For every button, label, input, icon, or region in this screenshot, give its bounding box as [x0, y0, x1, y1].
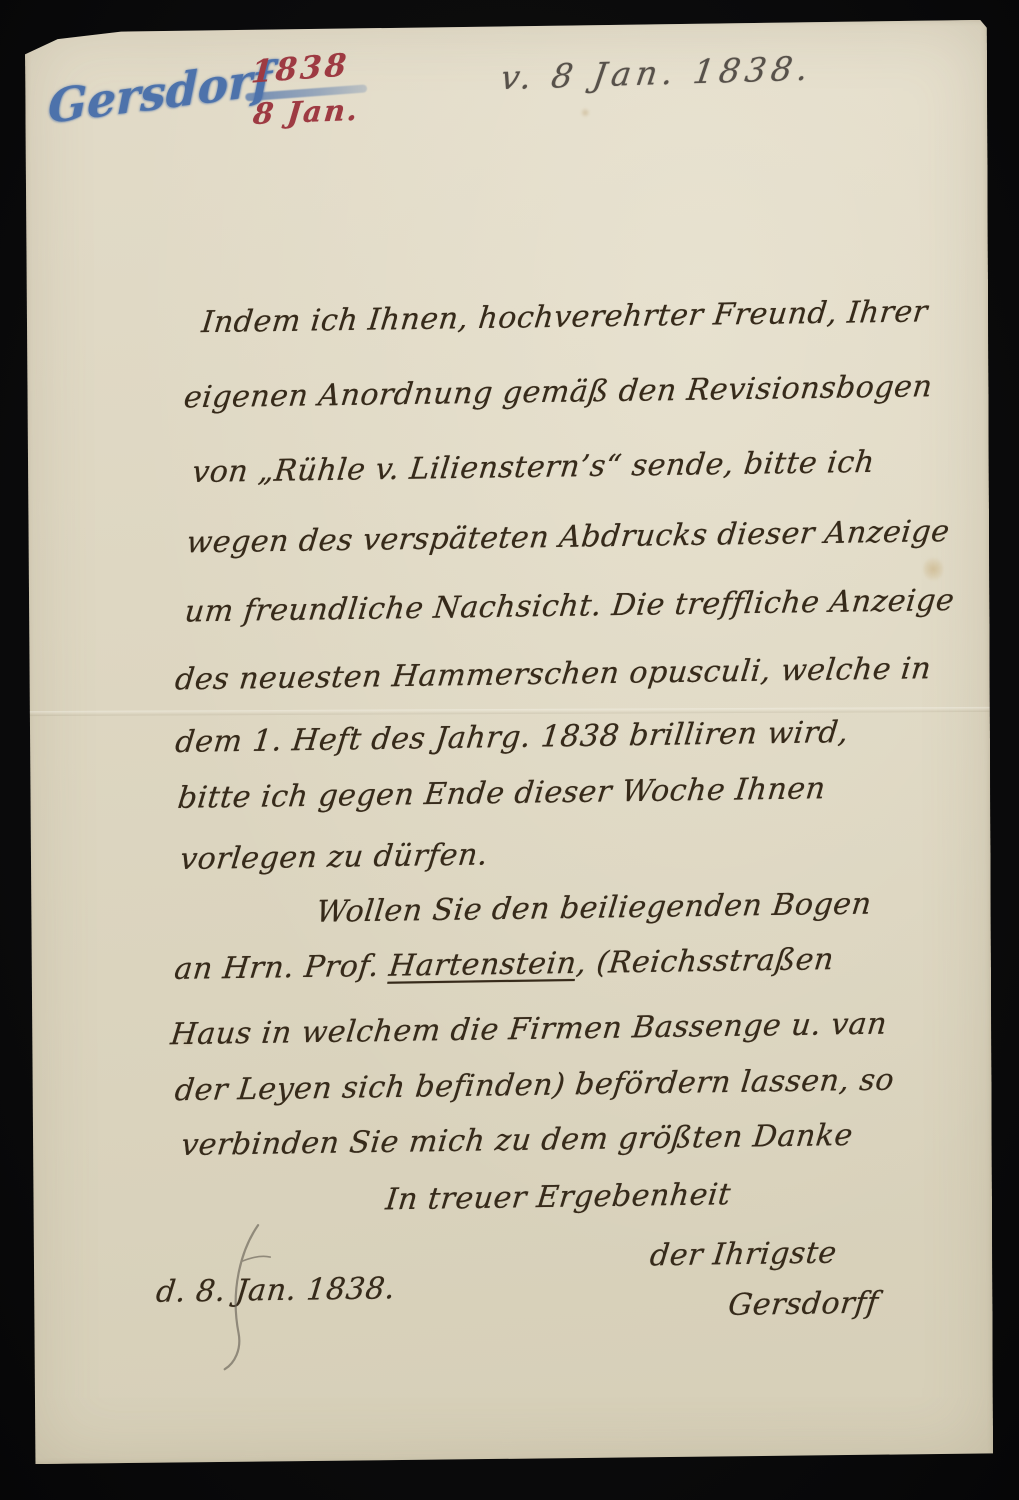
letter-line: an Hrn. Prof. Hartenstein, (Reichsstraße…	[173, 942, 836, 987]
signoff: der Ihrigste	[648, 1236, 838, 1274]
letter-line: Indem ich Ihnen, hochverehrter Freund, I…	[200, 294, 930, 340]
letter-line: von „Rühle v. Lilienstern’s“ sende, bitt…	[191, 445, 877, 490]
letter-line: verbinden Sie mich zu dem größten Danke	[179, 1118, 854, 1163]
letter-line: der Leyen sich befinden) befördern lasse…	[173, 1063, 896, 1109]
letter-line: vorlegen zu dürfen.	[178, 837, 489, 877]
letter-line: um freundliche Nachsicht. Die treffliche…	[183, 583, 956, 629]
letter-body: Indem ich Ihnen, hochverehrter Freund, I…	[25, 20, 993, 1464]
letter-line: eigenen Anordnung gemäß den Revisionsbog…	[182, 369, 934, 415]
valediction: In treuer Ergebenheit	[384, 1177, 733, 1217]
letter-line-text: , (Reichsstraßen	[575, 942, 836, 981]
pencil-flourish-mark	[212, 1221, 283, 1371]
letter-line: bitte ich gegen Ende dieser Woche Ihnen	[176, 771, 827, 816]
letter-line: des neuesten Hammerschen opusculi, welch…	[173, 651, 933, 697]
letter-line: Wollen Sie den beiliegenden Bogen	[315, 887, 874, 930]
signature: Gersdorff	[726, 1286, 880, 1323]
letter-line: Haus in welchem die Firmen Bassenge u. v…	[169, 1007, 889, 1053]
letter-page: Gersdorf 1838 8 Jan. v. 8 Jan. 1838. Ind…	[25, 20, 993, 1464]
scan-background: Gersdorf 1838 8 Jan. v. 8 Jan. 1838. Ind…	[0, 0, 1019, 1500]
hartenstein-underlined-name: Hartenstein	[387, 946, 578, 984]
letter-line-text: an Hrn. Prof.	[173, 949, 391, 987]
letter-line: wegen des verspäteten Abdrucks dieser An…	[185, 514, 952, 560]
letter-line: dem 1. Heft des Jahrg. 1838 brilliren wi…	[174, 715, 851, 760]
